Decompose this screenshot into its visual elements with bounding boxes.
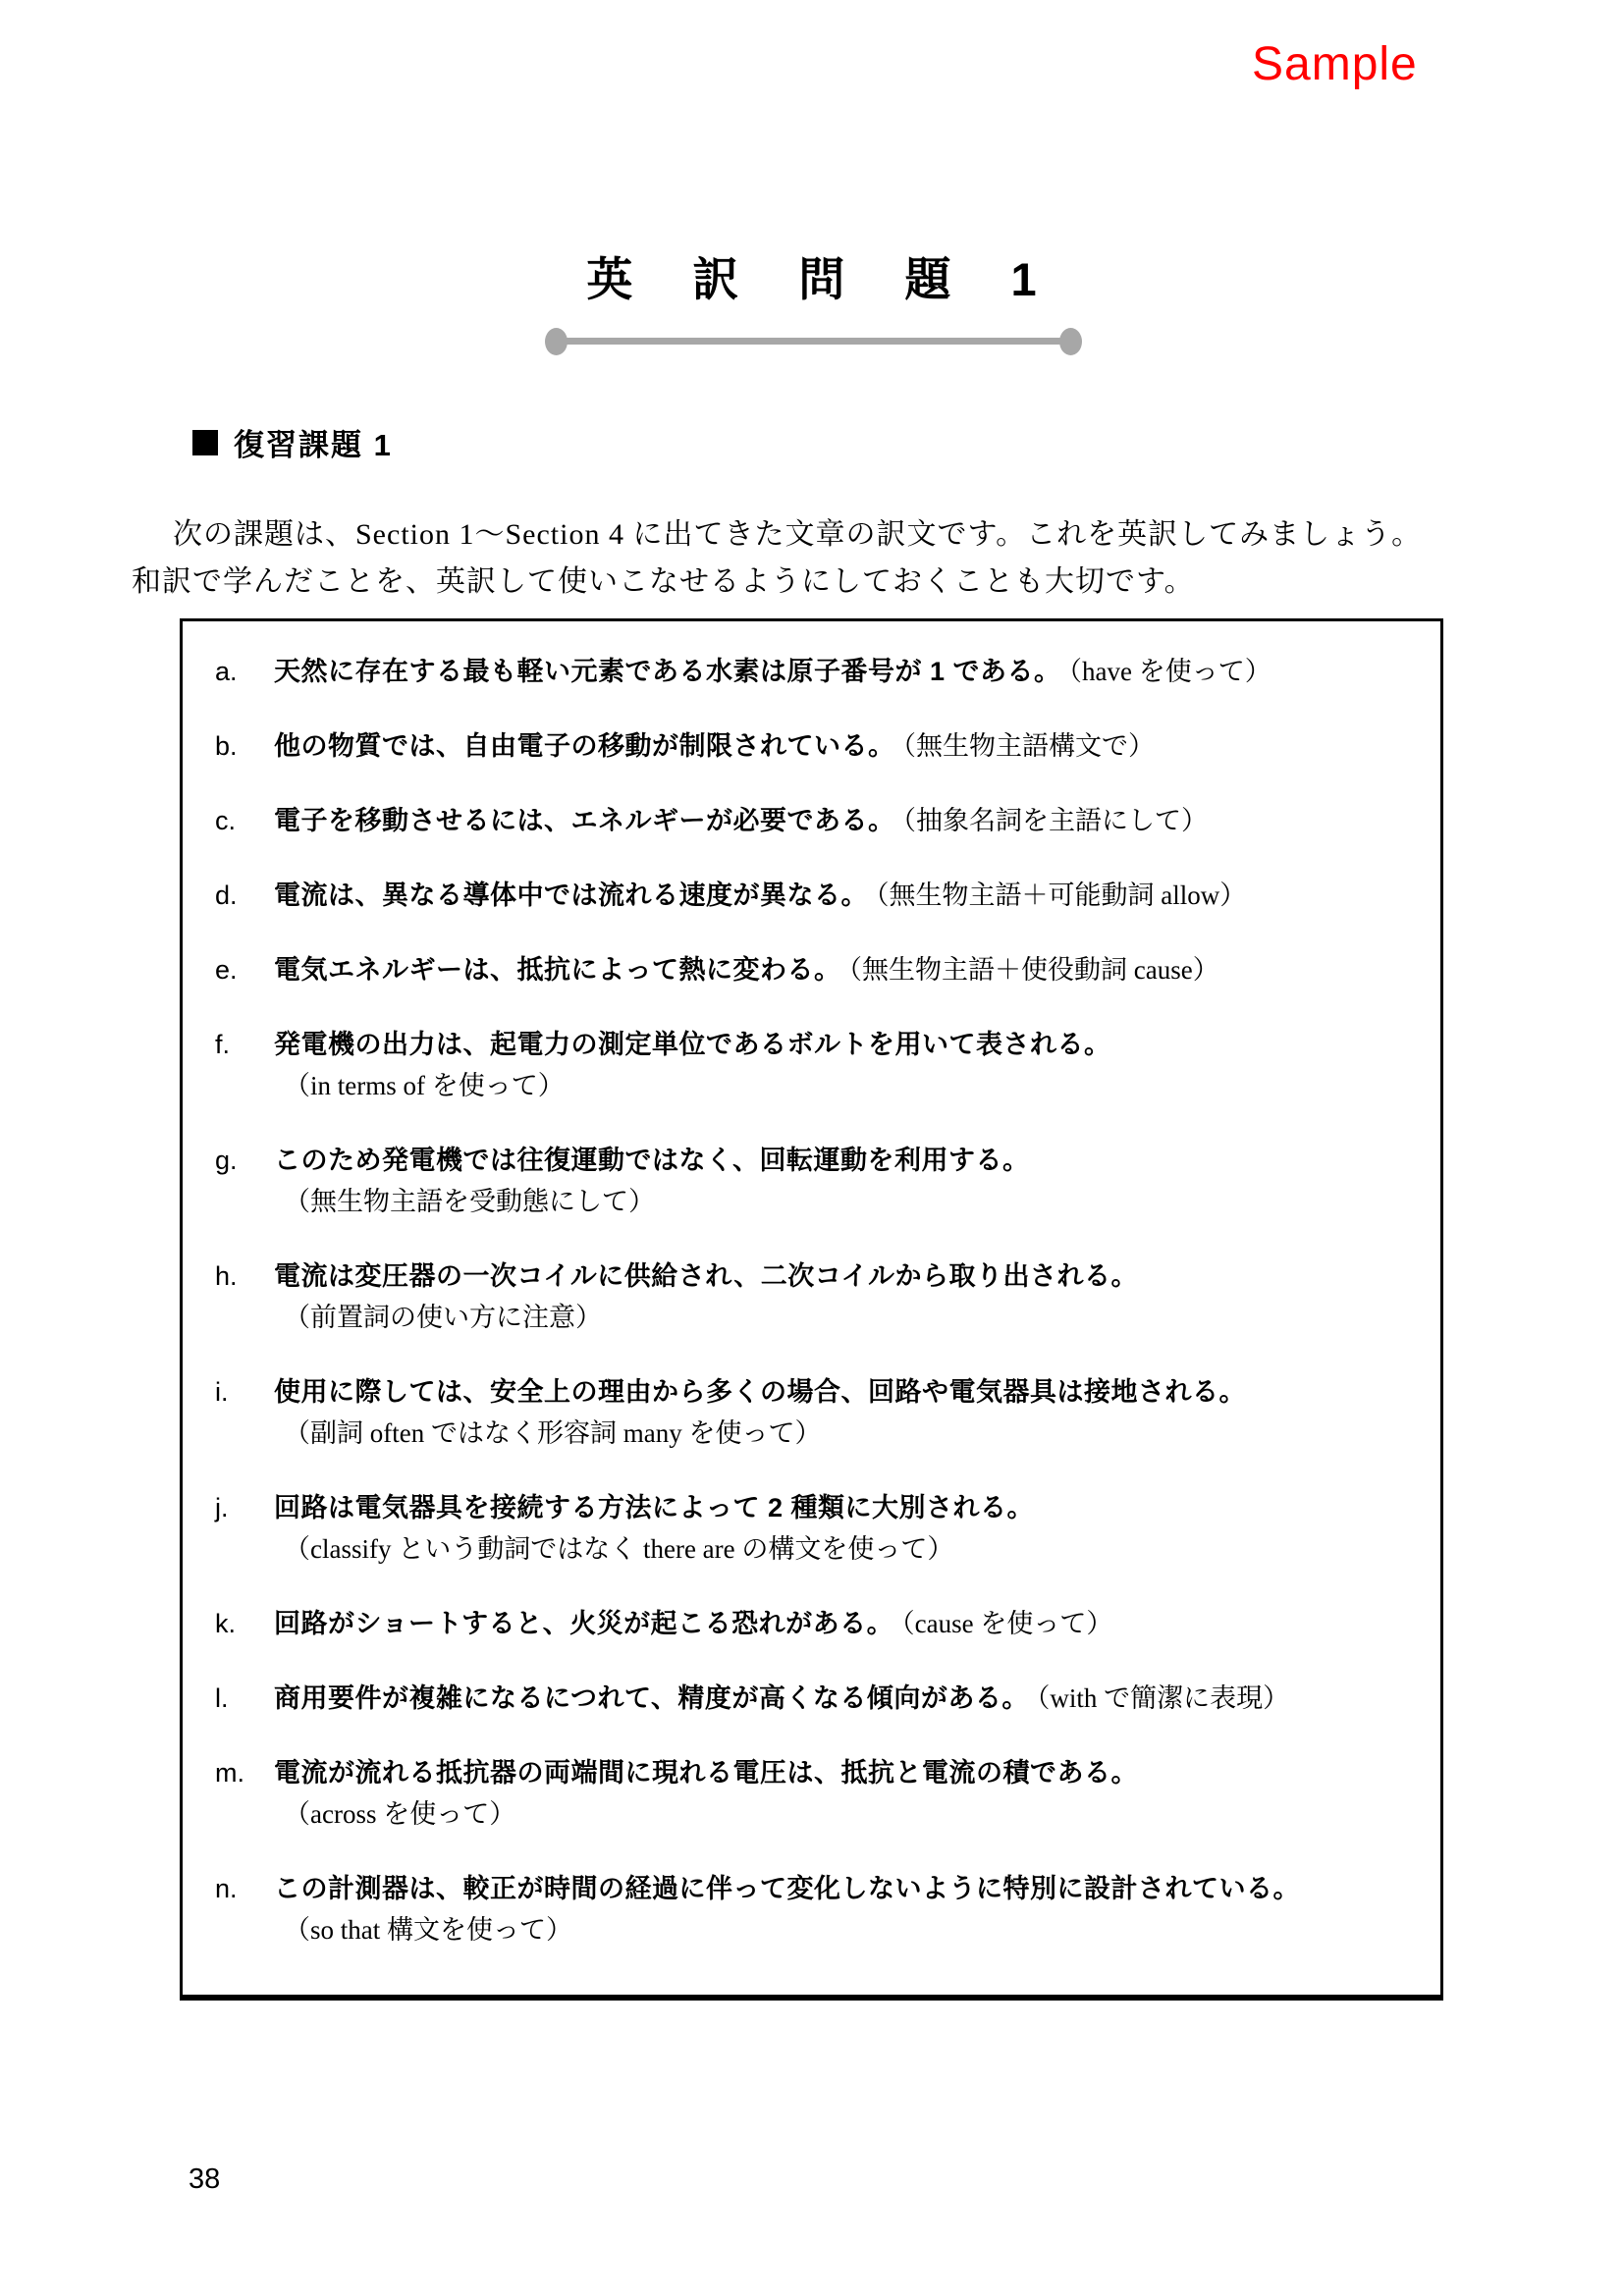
problem-text: このため発電機では往復運動ではなく、回転運動を利用する。 bbox=[274, 1146, 1029, 1175]
problem-content: この計測器は、較正が時間の経過に伴って変化しないように特別に設計されている。 （… bbox=[274, 1868, 1300, 1950]
problem-item: l. 商用要件が複雑になるにつれて、精度が高くなる傾向がある。（with で簡潔… bbox=[215, 1678, 1411, 1719]
problem-item: h. 電流は変圧器の一次コイルに供給され、二次コイルから取り出される。 （前置詞… bbox=[215, 1255, 1411, 1338]
problem-content: 他の物質では、自由電子の移動が制限されている。（無生物主語構文で） bbox=[274, 725, 1155, 767]
section-heading-label: 復習課題 1 bbox=[234, 420, 393, 464]
problem-content: 電子を移動させるには、エネルギーが必要である。（抽象名詞を主語にして） bbox=[274, 800, 1208, 841]
sample-watermark: Sample bbox=[1252, 37, 1418, 91]
page-title-text: 英 訳 問 題 1 bbox=[586, 253, 1059, 305]
problem-text: 回路は電気器具を接続する方法によって 2 種類に大別される。 bbox=[274, 1493, 1034, 1522]
problem-label: b. bbox=[215, 725, 274, 767]
problem-text: 他の物質では、自由電子の移動が制限されている。 bbox=[274, 731, 895, 761]
problem-content: 回路がショートすると、火災が起こる恐れがある。（cause を使って） bbox=[274, 1603, 1112, 1644]
problem-hint: （無生物主語＋可能動詞 allow） bbox=[876, 881, 1246, 910]
problem-hint: （前置詞の使い方に注意） bbox=[284, 1297, 1138, 1338]
problem-label: k. bbox=[215, 1603, 274, 1644]
section-heading: 復習課題 1 bbox=[192, 420, 393, 464]
problem-label: m. bbox=[215, 1752, 274, 1835]
problem-item: m. 電流が流れる抵抗器の両端間に現れる電圧は、抵抗と電流の積である。 （acr… bbox=[215, 1752, 1411, 1835]
problem-content: 回路は電気器具を接続する方法によって 2 種類に大別される。 （classify… bbox=[274, 1487, 1034, 1570]
problem-item: e. 電気エネルギーは、抵抗によって熱に変わる。（無生物主語＋使役動詞 caus… bbox=[215, 949, 1411, 990]
problem-content: 天然に存在する最も軽い元素である水素は原子番号が 1 である。（have を使っ… bbox=[274, 651, 1271, 692]
problem-content: このため発電機では往復運動ではなく、回転運動を利用する。 （無生物主語を受動態に… bbox=[274, 1140, 1029, 1222]
section-bullet-square-icon bbox=[192, 430, 218, 455]
page-title: 英 訳 問 題 1 bbox=[0, 243, 1623, 309]
problem-item: n. この計測器は、較正が時間の経過に伴って変化しないように特別に設計されている… bbox=[215, 1868, 1411, 1950]
problem-label: e. bbox=[215, 949, 274, 990]
problem-text: 回路がショートすると、火災が起こる恐れがある。 bbox=[274, 1609, 893, 1638]
page-number: 38 bbox=[189, 2163, 220, 2196]
problems-box: a. 天然に存在する最も軽い元素である水素は原子番号が 1 である。（have … bbox=[180, 618, 1443, 2001]
problem-text: 電流が流れる抵抗器の両端間に現れる電圧は、抵抗と電流の積である。 bbox=[274, 1758, 1138, 1788]
problem-item: k. 回路がショートすると、火災が起こる恐れがある。（cause を使って） bbox=[215, 1603, 1411, 1644]
problem-hint: （抽象名詞を主語にして） bbox=[903, 806, 1209, 835]
problem-text: 電流は変圧器の一次コイルに供給され、二次コイルから取り出される。 bbox=[274, 1261, 1138, 1291]
problem-text: 電気エネルギーは、抵抗によって熱に変わる。 bbox=[274, 955, 841, 985]
problem-label: c. bbox=[215, 800, 274, 841]
problem-text: 使用に際しては、安全上の理由から多くの場合、回路や電気器具は接地される。 bbox=[274, 1377, 1246, 1407]
intro-line-1: 次の課題は、Section 1～Section 4 に出てきた文章の訳文です。こ… bbox=[132, 511, 1506, 559]
problem-text: この計測器は、較正が時間の経過に伴って変化しないように特別に設計されている。 bbox=[274, 1874, 1300, 1903]
intro-paragraph: 次の課題は、Section 1～Section 4 に出てきた文章の訳文です。こ… bbox=[132, 511, 1506, 606]
problem-hint: （無生物主語＋使役動詞 cause） bbox=[849, 955, 1219, 985]
problem-content: 使用に際しては、安全上の理由から多くの場合、回路や電気器具は接地される。 （副詞… bbox=[274, 1371, 1246, 1454]
problem-content: 電流は変圧器の一次コイルに供給され、二次コイルから取り出される。 （前置詞の使い… bbox=[274, 1255, 1138, 1338]
title-underline-rule bbox=[556, 338, 1071, 345]
problem-label: a. bbox=[215, 651, 274, 692]
problem-hint: （have を使って） bbox=[1069, 657, 1271, 686]
problem-item: c. 電子を移動させるには、エネルギーが必要である。（抽象名詞を主語にして） bbox=[215, 800, 1411, 841]
problem-hint: （so that 構文を使って） bbox=[284, 1909, 1300, 1950]
problem-hint: （in terms of を使って） bbox=[284, 1065, 1111, 1106]
intro-line-2: 和訳で学んだことを、英訳して使いこなせるようにしておくことも大切です。 bbox=[132, 559, 1506, 606]
problem-hint: （across を使って） bbox=[284, 1793, 1138, 1835]
problem-text: 天然に存在する最も軽い元素である水素は原子番号が 1 である。 bbox=[274, 657, 1061, 686]
problem-hint: （classify という動詞ではなく there are の構文を使って） bbox=[284, 1528, 1034, 1570]
problem-content: 商用要件が複雑になるにつれて、精度が高くなる傾向がある。（with で簡潔に表現… bbox=[274, 1678, 1289, 1719]
problem-item: d. 電流は、異なる導体中では流れる速度が異なる。（無生物主語＋可能動詞 all… bbox=[215, 875, 1411, 916]
problem-hint: （with で簡潔に表現） bbox=[1037, 1683, 1289, 1713]
problem-text: 商用要件が複雑になるにつれて、精度が高くなる傾向がある。 bbox=[274, 1683, 1029, 1713]
problem-label: f. bbox=[215, 1024, 274, 1106]
problem-content: 発電機の出力は、起電力の測定単位であるボルトを用いて表される。 （in term… bbox=[274, 1024, 1111, 1106]
problem-item: j. 回路は電気器具を接続する方法によって 2 種類に大別される。 （class… bbox=[215, 1487, 1411, 1570]
problem-label: i. bbox=[215, 1371, 274, 1454]
problem-content: 電流が流れる抵抗器の両端間に現れる電圧は、抵抗と電流の積である。 （across… bbox=[274, 1752, 1138, 1835]
problem-item: b. 他の物質では、自由電子の移動が制限されている。（無生物主語構文で） bbox=[215, 725, 1411, 767]
problem-item: i. 使用に際しては、安全上の理由から多くの場合、回路や電気器具は接地される。 … bbox=[215, 1371, 1411, 1454]
problem-text: 電子を移動させるには、エネルギーが必要である。 bbox=[274, 806, 895, 835]
problem-hint: （cause を使って） bbox=[901, 1609, 1112, 1638]
problem-label: l. bbox=[215, 1678, 274, 1719]
problem-content: 電気エネルギーは、抵抗によって熱に変わる。（無生物主語＋使役動詞 cause） bbox=[274, 949, 1219, 990]
problem-hint: （無生物主語を受動態にして） bbox=[284, 1181, 1029, 1222]
problem-label: j. bbox=[215, 1487, 274, 1570]
problem-label: h. bbox=[215, 1255, 274, 1338]
problem-label: d. bbox=[215, 875, 274, 916]
problem-text: 電流は、異なる導体中では流れる速度が異なる。 bbox=[274, 881, 868, 910]
problem-label: n. bbox=[215, 1868, 274, 1950]
problem-hint: （無生物主語構文で） bbox=[903, 731, 1156, 761]
problem-item: a. 天然に存在する最も軽い元素である水素は原子番号が 1 である。（have … bbox=[215, 651, 1411, 692]
problem-label: g. bbox=[215, 1140, 274, 1222]
problem-hint: （副詞 often ではなく形容詞 many を使って） bbox=[284, 1413, 1246, 1454]
problem-item: g. このため発電機では往復運動ではなく、回転運動を利用する。 （無生物主語を受… bbox=[215, 1140, 1411, 1222]
problem-text: 発電機の出力は、起電力の測定単位であるボルトを用いて表される。 bbox=[274, 1030, 1111, 1059]
problem-content: 電流は、異なる導体中では流れる速度が異なる。（無生物主語＋可能動詞 allow） bbox=[274, 875, 1246, 916]
problem-item: f. 発電機の出力は、起電力の測定単位であるボルトを用いて表される。 （in t… bbox=[215, 1024, 1411, 1106]
